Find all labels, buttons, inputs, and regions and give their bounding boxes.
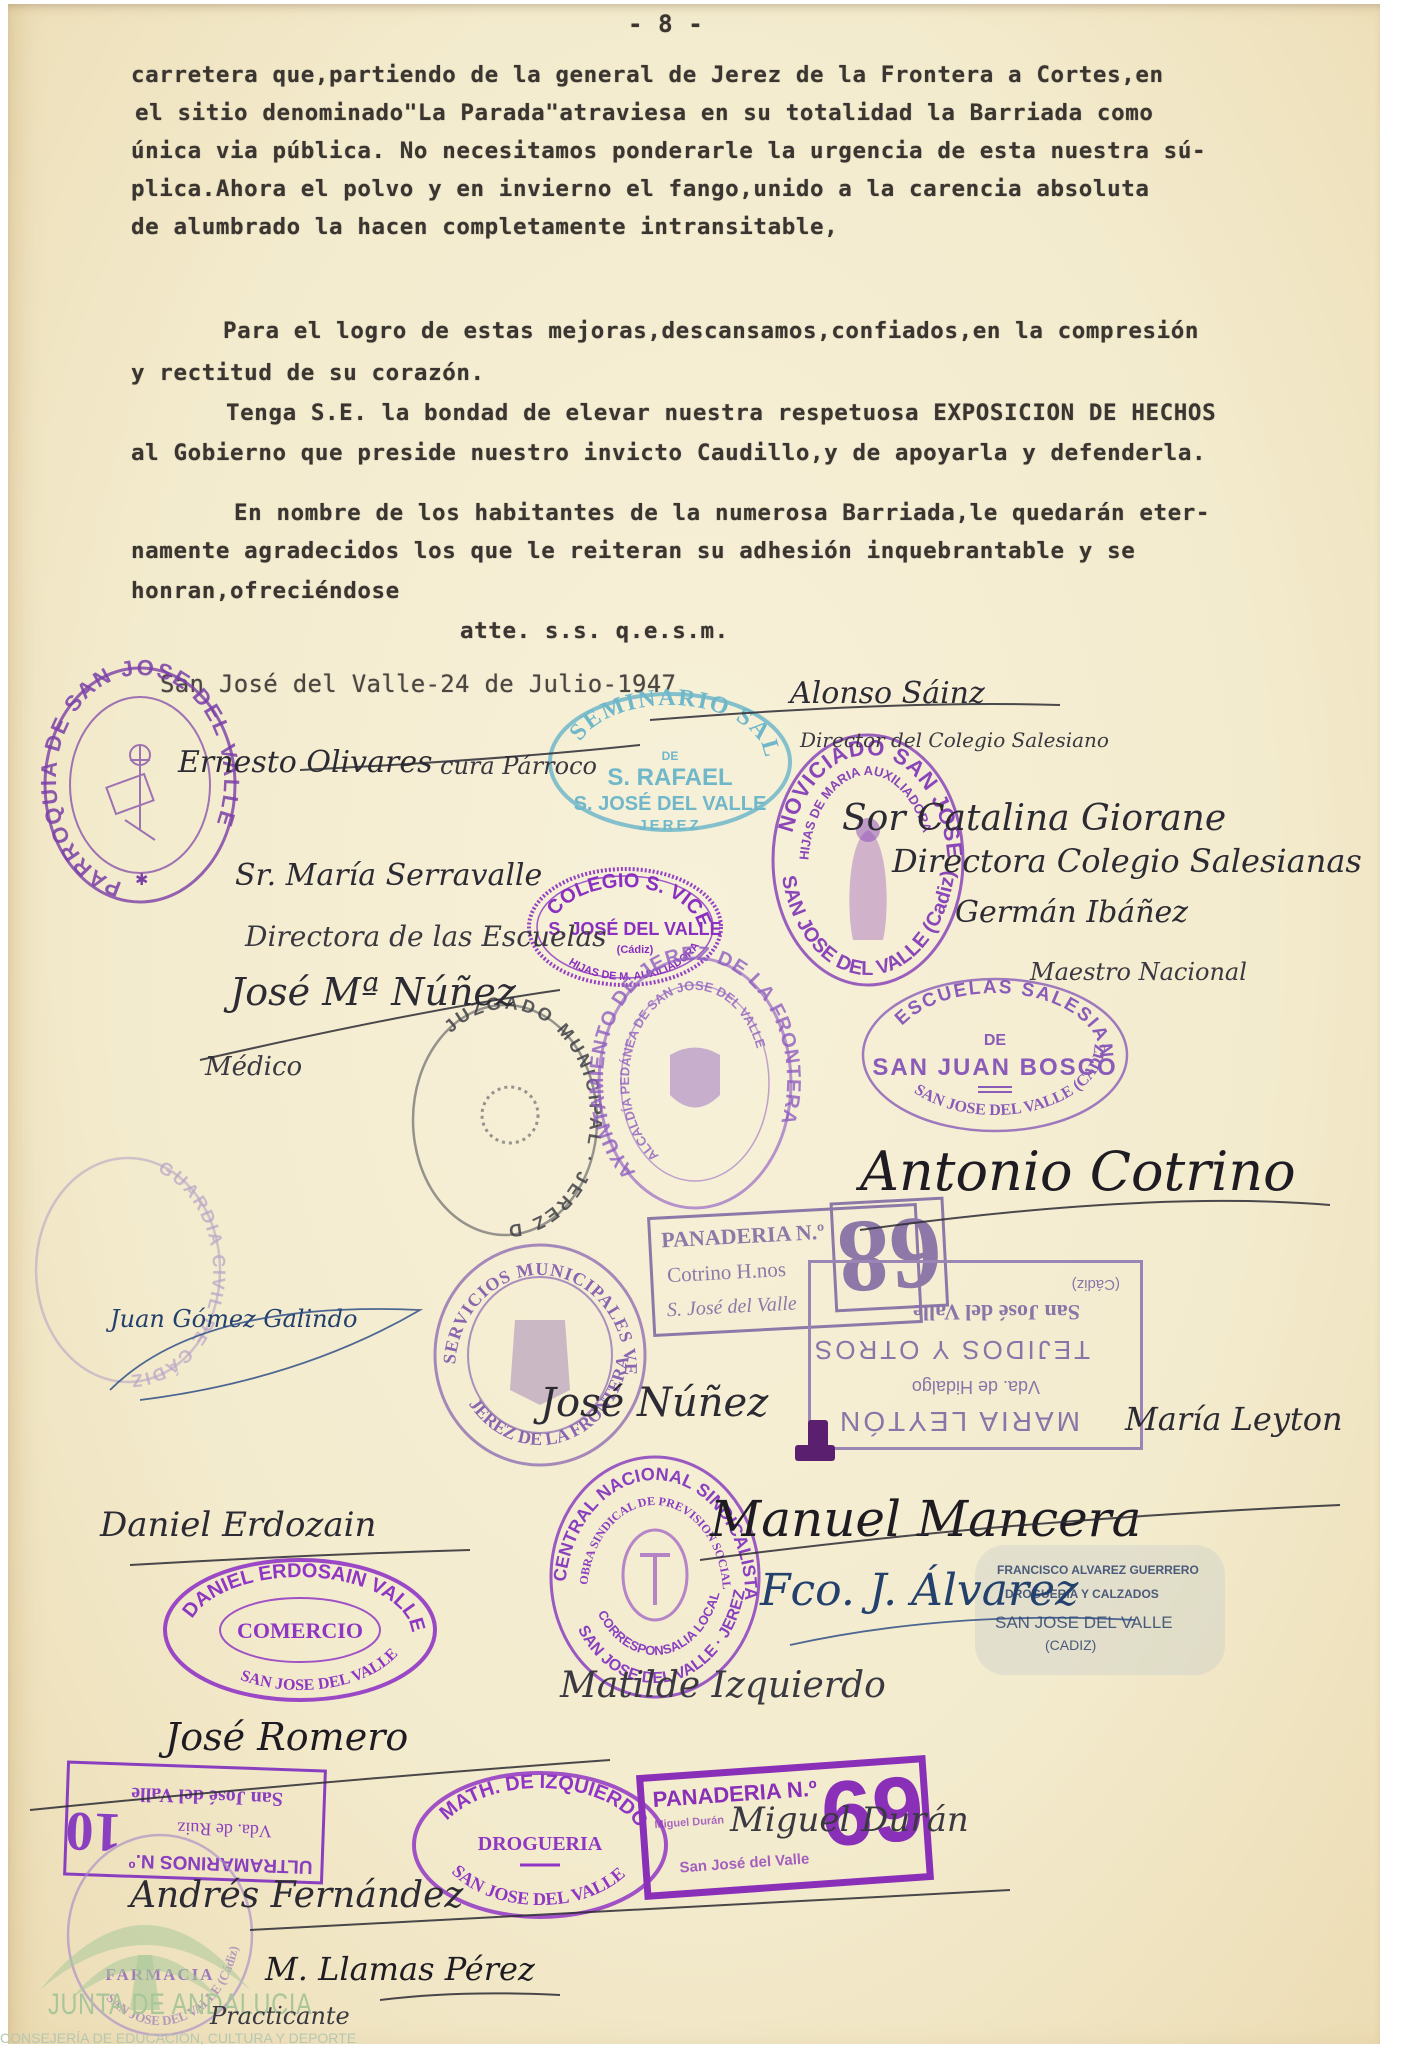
signature-flourishes — [0, 0, 1405, 2048]
